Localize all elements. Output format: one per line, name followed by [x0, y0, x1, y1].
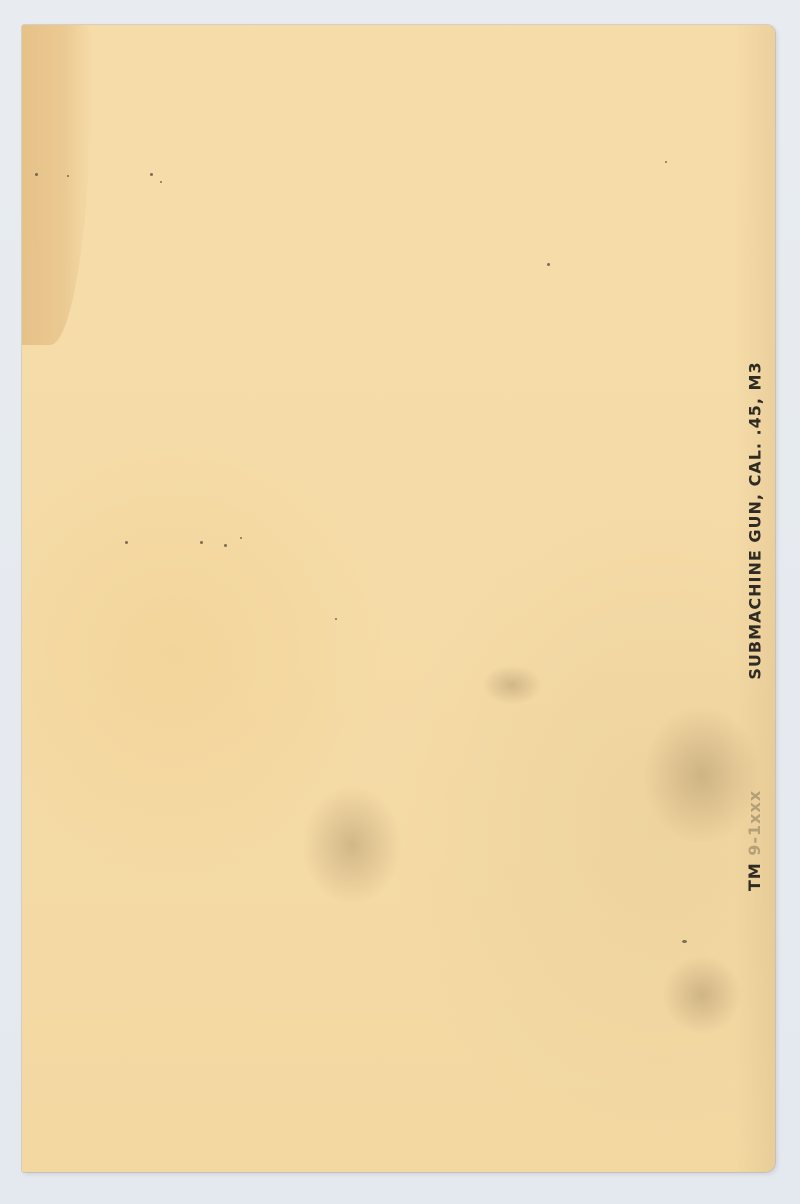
speck: [665, 161, 667, 163]
smudge: [482, 665, 542, 705]
speck: [682, 940, 687, 943]
speck: [35, 173, 38, 176]
spine-title: SUBMACHINE GUN, CAL. .45, M3: [738, 350, 772, 690]
speck: [547, 263, 550, 266]
tm-number-worn: 9-1xxx: [746, 789, 765, 855]
spine-title-text: SUBMACHINE GUN, CAL. .45, M3: [746, 361, 765, 679]
speck: [125, 541, 128, 544]
smudge: [302, 785, 402, 905]
speck: [67, 175, 69, 177]
speck: [240, 537, 242, 539]
water-stain: [22, 25, 92, 345]
speck: [335, 618, 337, 620]
spine-tm-text: TM 9-1xxx: [746, 789, 765, 890]
tm-prefix: TM: [746, 862, 765, 891]
speck: [200, 541, 203, 544]
smudge: [662, 955, 742, 1035]
speck: [224, 544, 227, 547]
manual-back-cover: [22, 25, 775, 1172]
speck: [160, 181, 162, 183]
speck: [150, 173, 153, 176]
spine-tm-number: TM 9-1xxx: [738, 760, 772, 920]
